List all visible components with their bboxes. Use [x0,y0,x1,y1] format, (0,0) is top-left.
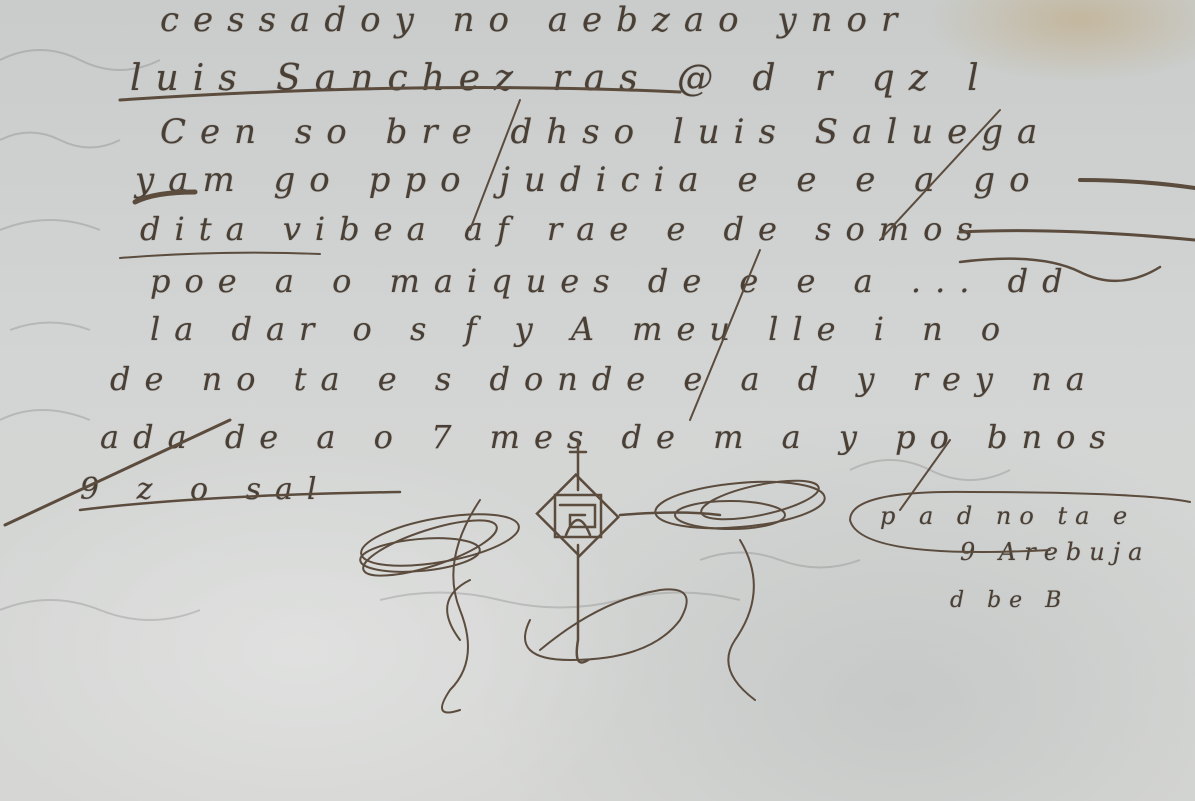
manuscript-line-5: dita vibea af rae e de somos [140,210,987,248]
manuscript-line-10: 9 z o sal [80,472,330,507]
notary-note-line-1: p a d no ta e [880,502,1135,530]
manuscript-page: cessadoy no aebzao ynor luis Sanchez ras… [0,0,1195,801]
manuscript-line-3: Cen so bre dhso luis Saluega [160,112,1051,152]
manuscript-line-1: cessadoy no aebzao ynor [160,0,911,40]
manuscript-line-6: poe a o maiques de e e a ... dd [150,262,1077,300]
manuscript-line-2: luis Sanchez ras @ d r qz l [130,58,993,99]
manuscript-line-8: de no ta e s donde e a d y rey na [110,360,1099,398]
manuscript-line-9: ada de a o 7 mes de m a y po bnos [100,418,1120,456]
notary-note-line-3: d be B [950,588,1069,613]
manuscript-line-7: la dar o s f y A meu lle i n o [150,310,1014,348]
notary-note-line-2: 9 Arebuja [960,538,1150,566]
manuscript-line-4: yam go ppo judicia e e e a go [135,160,1044,200]
